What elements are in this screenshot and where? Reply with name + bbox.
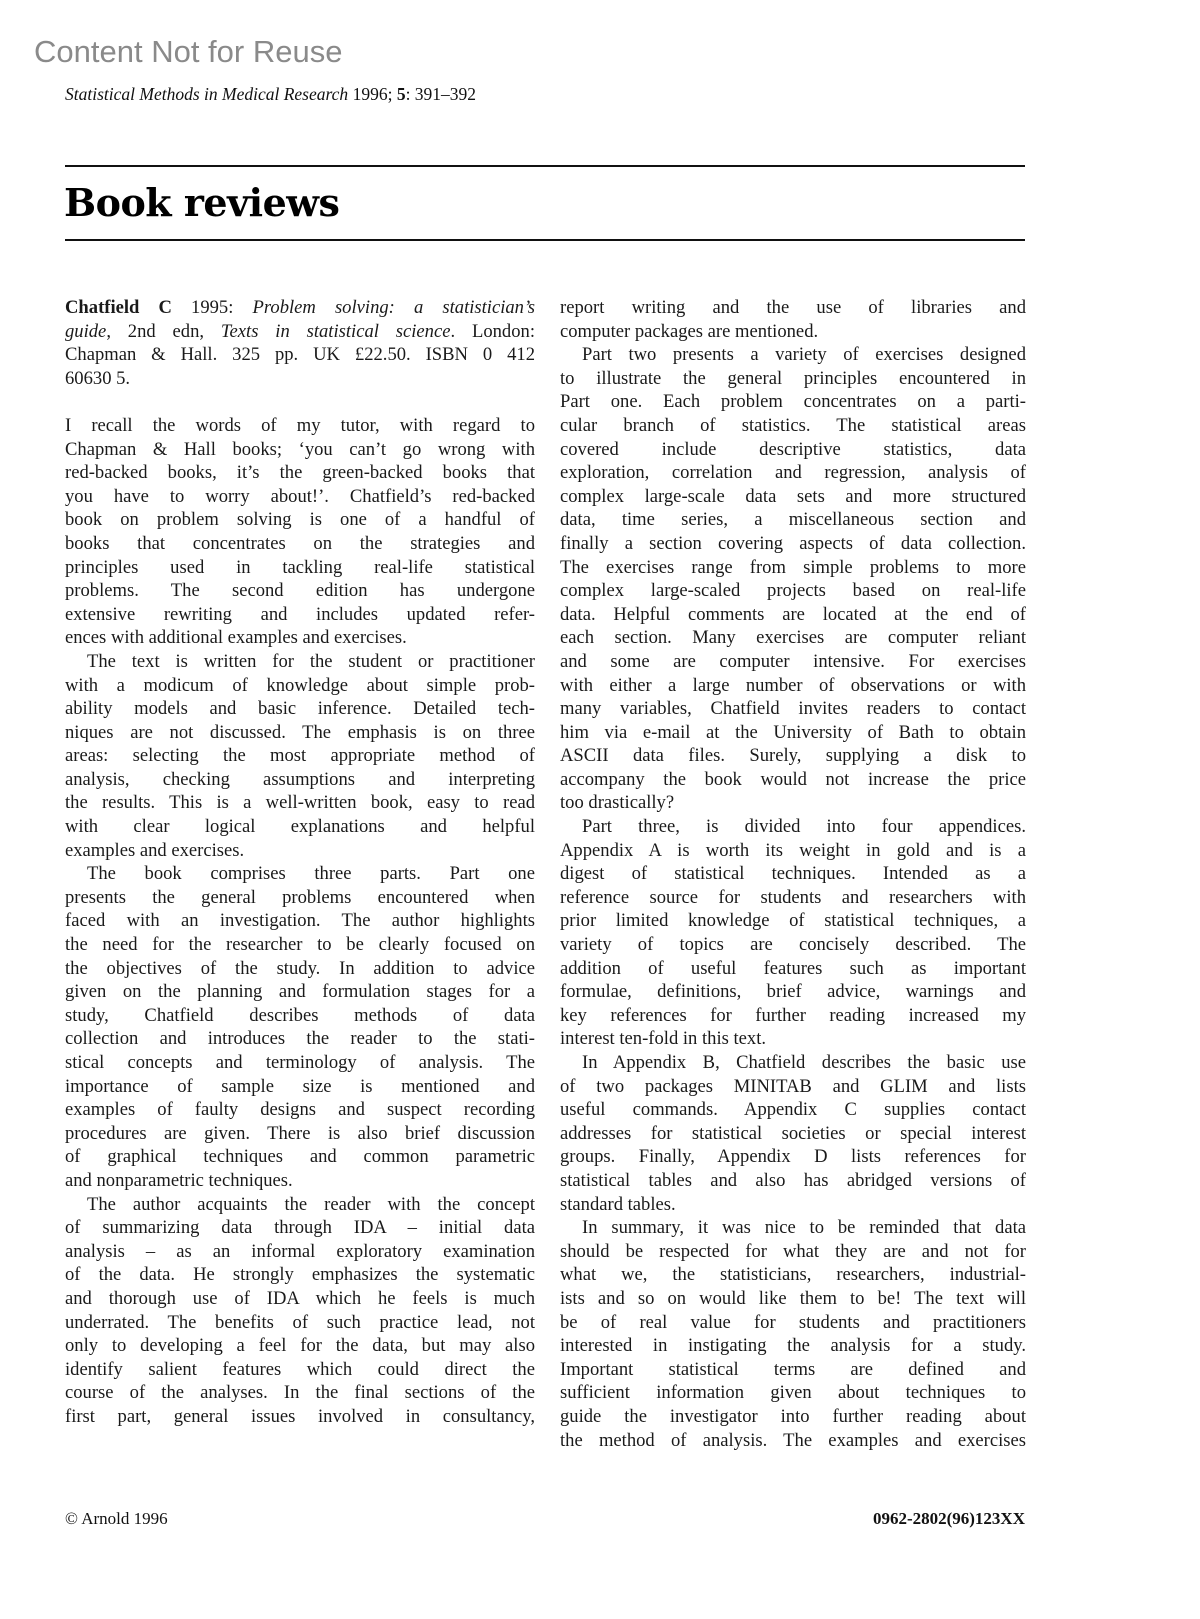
text-line: standard tables. xyxy=(560,1193,1026,1217)
text-line: computer packages are mentioned. xyxy=(560,320,1026,344)
text-line: principles used in tackling real-life st… xyxy=(65,556,535,580)
text-line: analysis, checking assumptions and inter… xyxy=(65,768,535,792)
citation-line-3: Chapman & Hall. 325 pp. UK £22.50. ISBN … xyxy=(65,343,535,367)
text-line: with a modicum of knowledge about simple… xyxy=(65,674,535,698)
text-line: given on the planning and formulation st… xyxy=(65,980,535,1004)
text-line: the method of analysis. The examples and… xyxy=(560,1429,1026,1453)
text-line: finally a section covering aspects of da… xyxy=(560,532,1026,556)
copyright-notice: © Arnold 1996 xyxy=(65,1509,168,1529)
text-line: The text is written for the student or p… xyxy=(65,650,535,674)
text-line: books that concentrates on the strategie… xyxy=(65,532,535,556)
text-line: data. Helpful comments are located at th… xyxy=(560,603,1026,627)
citation-line-2: guide, 2nd edn, Texts in statistical sci… xyxy=(65,320,535,344)
text-line: cular branch of statistics. The statisti… xyxy=(560,414,1026,438)
citation-edition: , 2nd edn, xyxy=(106,321,221,342)
text-line: red-backed books, it’s the green-backed … xyxy=(65,461,535,485)
text-line: collection and introduces the reader to … xyxy=(65,1027,535,1051)
watermark-text: Content Not for Reuse xyxy=(34,34,342,70)
text-line: stical concepts and terminology of analy… xyxy=(65,1051,535,1075)
text-line: problems. The second edition has undergo… xyxy=(65,579,535,603)
text-line: variety of topics are concisely describe… xyxy=(560,933,1026,957)
review-body-left: I recall the words of my tutor, with reg… xyxy=(65,414,535,1429)
text-line: In summary, it was nice to be reminded t… xyxy=(560,1216,1026,1240)
text-line: useful commands. Appendix C supplies con… xyxy=(560,1098,1026,1122)
text-line: and thorough use of IDA which he feels i… xyxy=(65,1287,535,1311)
paragraph: In summary, it was nice to be reminded t… xyxy=(560,1216,1026,1452)
text-line: digest of statistical techniques. Intend… xyxy=(560,862,1026,886)
text-line: Important statistical terms are defined … xyxy=(560,1358,1026,1382)
text-line: areas: selecting the most appropriate me… xyxy=(65,744,535,768)
text-line: many variables, Chatfield invites reader… xyxy=(560,697,1026,721)
article-code: 0962-2802(96)123XX xyxy=(873,1509,1025,1529)
text-line: analysis – as an informal exploratory ex… xyxy=(65,1240,535,1264)
text-line: groups. Finally, Appendix D lists refere… xyxy=(560,1145,1026,1169)
text-line: be of real value for students and practi… xyxy=(560,1311,1026,1335)
text-line: the objectives of the study. In addition… xyxy=(65,957,535,981)
text-line: prior limited knowledge of statistical t… xyxy=(560,909,1026,933)
text-line: only to developing a feel for the data, … xyxy=(65,1334,535,1358)
text-line: presents the general problems encountere… xyxy=(65,886,535,910)
text-line: The author acquaints the reader with the… xyxy=(65,1193,535,1217)
spacer xyxy=(65,390,535,414)
text-line: course of the analyses. In the final sec… xyxy=(65,1381,535,1405)
header-rule-top xyxy=(65,165,1025,167)
paragraph: The text is written for the student or p… xyxy=(65,650,535,862)
text-line: the results. This is a well-written book… xyxy=(65,791,535,815)
text-line: The book comprises three parts. Part one xyxy=(65,862,535,886)
paragraph: I recall the words of my tutor, with reg… xyxy=(65,414,535,650)
text-line: formulae, definitions, brief advice, war… xyxy=(560,980,1026,1004)
text-line: interest ten-fold in this text. xyxy=(560,1027,1026,1051)
text-line: ability models and basic inference. Deta… xyxy=(65,697,535,721)
paragraph: report writing and the use of libraries … xyxy=(560,296,1026,343)
paragraph: Part three, is divided into four appendi… xyxy=(560,815,1026,1051)
text-line: Appendix A is worth its weight in gold a… xyxy=(560,839,1026,863)
text-line: procedures are given. There is also brie… xyxy=(65,1122,535,1146)
text-line: first part, general issues involved in c… xyxy=(65,1405,535,1429)
text-line: of graphical techniques and common param… xyxy=(65,1145,535,1169)
text-line: to illustrate the general principles enc… xyxy=(560,367,1026,391)
text-line: addresses for statistical societies or s… xyxy=(560,1122,1026,1146)
text-line: Part three, is divided into four appendi… xyxy=(560,815,1026,839)
text-line: examples of faulty designs and suspect r… xyxy=(65,1098,535,1122)
text-line: ists and so on would like them to be! Th… xyxy=(560,1287,1026,1311)
text-line: interested in instigating the analysis f… xyxy=(560,1334,1026,1358)
citation-place: . London: xyxy=(450,321,535,342)
text-line: and some are computer intensive. For exe… xyxy=(560,650,1026,674)
paragraph: The author acquaints the reader with the… xyxy=(65,1193,535,1429)
citation-title-end: guide xyxy=(65,321,106,342)
text-line: of two packages MINITAB and GLIM and lis… xyxy=(560,1075,1026,1099)
text-line: exploration, correlation and regression,… xyxy=(560,461,1026,485)
paragraph: Part two presents a variety of exercises… xyxy=(560,343,1026,815)
left-column: Chatfield C 1995: Problem solving: a sta… xyxy=(65,296,535,1429)
paragraph: In Appendix B, Chatfield describes the b… xyxy=(560,1051,1026,1216)
text-line: reference source for students and resear… xyxy=(560,886,1026,910)
text-line: book on problem solving is one of a hand… xyxy=(65,508,535,532)
text-line: niques are not discussed. The emphasis i… xyxy=(65,721,535,745)
text-line: complex large-scaled projects based on r… xyxy=(560,579,1026,603)
review-body-right: report writing and the use of libraries … xyxy=(560,296,1026,1452)
journal-pages: : 391–392 xyxy=(406,84,477,104)
text-line: with clear logical explanations and help… xyxy=(65,815,535,839)
text-line: accompany the book would not increase th… xyxy=(560,768,1026,792)
text-line: statistical tables and also has abridged… xyxy=(560,1169,1026,1193)
citation-year: 1995: xyxy=(172,297,253,318)
text-line: covered include descriptive statistics, … xyxy=(560,438,1026,462)
text-line: what we, the statisticians, researchers,… xyxy=(560,1263,1026,1287)
text-line: Chapman & Hall books; ‘you can’t go wron… xyxy=(65,438,535,462)
text-line: Part two presents a variety of exercises… xyxy=(560,343,1026,367)
text-line: study, Chatfield describes methods of da… xyxy=(65,1004,535,1028)
header-rule-bottom xyxy=(65,239,1025,241)
text-line: data, time series, a miscellaneous secti… xyxy=(560,508,1026,532)
text-line: importance of sample size is mentioned a… xyxy=(65,1075,535,1099)
text-line: extensive rewriting and includes updated… xyxy=(65,603,535,627)
text-line: of the data. He strongly emphasizes the … xyxy=(65,1263,535,1287)
text-line: Part one. Each problem concentrates on a… xyxy=(560,390,1026,414)
citation-author: Chatfield C xyxy=(65,297,172,318)
text-line: of summarizing data through IDA – initia… xyxy=(65,1216,535,1240)
book-citation: Chatfield C 1995: Problem solving: a sta… xyxy=(65,296,535,390)
citation-line-1: Chatfield C 1995: Problem solving: a sta… xyxy=(65,296,535,320)
journal-year: 1996; xyxy=(348,84,397,104)
citation-title: Problem solving: a statistician’s xyxy=(253,297,536,318)
text-line: should be respected for what they are an… xyxy=(560,1240,1026,1264)
text-line: ences with additional examples and exerc… xyxy=(65,626,535,650)
text-line: complex large-scale data sets and more s… xyxy=(560,485,1026,509)
text-line: sufficient information given about techn… xyxy=(560,1381,1026,1405)
text-line: The exercises range from simple problems… xyxy=(560,556,1026,580)
text-line: the need for the researcher to be clearl… xyxy=(65,933,535,957)
text-line: report writing and the use of libraries … xyxy=(560,296,1026,320)
text-line: In Appendix B, Chatfield describes the b… xyxy=(560,1051,1026,1075)
section-title: Book reviews xyxy=(64,180,339,225)
text-line: addition of useful features such as impo… xyxy=(560,957,1026,981)
text-line: I recall the words of my tutor, with reg… xyxy=(65,414,535,438)
text-line: identify salient features which could di… xyxy=(65,1358,535,1382)
text-line: faced with an investigation. The author … xyxy=(65,909,535,933)
text-line: key references for further reading incre… xyxy=(560,1004,1026,1028)
text-line: ASCII data files. Surely, supplying a di… xyxy=(560,744,1026,768)
text-line: each section. Many exercises are compute… xyxy=(560,626,1026,650)
journal-name: Statistical Methods in Medical Research xyxy=(65,84,348,104)
citation-series: Texts in statistical science xyxy=(221,321,451,342)
citation-line-4: 60630 5. xyxy=(65,367,535,391)
journal-citation-header: Statistical Methods in Medical Research … xyxy=(65,84,476,105)
journal-volume: 5 xyxy=(397,84,406,104)
text-line: him via e-mail at the University of Bath… xyxy=(560,721,1026,745)
paragraph: The book comprises three parts. Part one… xyxy=(65,862,535,1192)
text-line: too drastically? xyxy=(560,791,1026,815)
text-line: examples and exercises. xyxy=(65,839,535,863)
text-line: and nonparametric techniques. xyxy=(65,1169,535,1193)
text-line: guide the investigator into further read… xyxy=(560,1405,1026,1429)
text-line: underrated. The benefits of such practic… xyxy=(65,1311,535,1335)
right-column: report writing and the use of libraries … xyxy=(560,296,1026,1452)
text-line: with either a large number of observatio… xyxy=(560,674,1026,698)
text-line: you have to worry about!’. Chatfield’s r… xyxy=(65,485,535,509)
